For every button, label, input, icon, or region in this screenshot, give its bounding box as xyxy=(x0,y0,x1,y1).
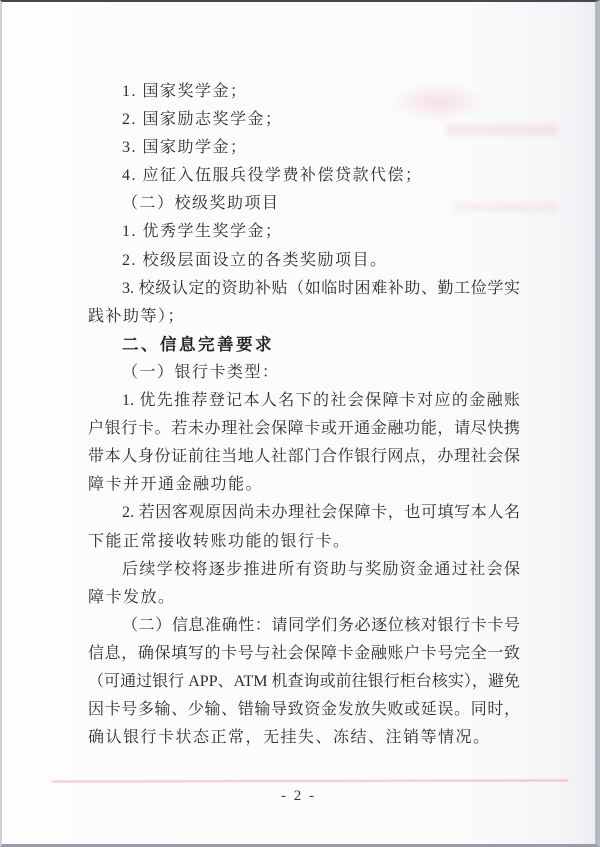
text-line: （可通过银行 APP、ATM 机查询或前往银行柜台核实），避免 xyxy=(88,668,520,696)
list-item-school-award-programs: 2. 校级层面设立的各类奖励项目。 xyxy=(88,247,520,275)
ink-bleed-through-line xyxy=(52,779,568,782)
list-item-national-grant: 3. 国家助学金； xyxy=(88,134,520,162)
page-number: - 2 - xyxy=(2,788,595,805)
text-line: 践补助等）； xyxy=(88,303,520,331)
subsection-info-accuracy: （二）信息准确性：请同学们务必逐位核对银行卡卡号 xyxy=(88,612,520,640)
text-line: 1. 优先推荐登记本人名下的社会保障卡对应的金融账 xyxy=(88,387,520,415)
list-item-encouragement-scholarship: 2. 国家励志奖学金； xyxy=(88,106,520,134)
text-line: 户银行卡。若未办理社会保障卡或开通金融功能，请尽快携 xyxy=(88,415,520,443)
text-line: 因卡号多输、少输、错输导致资金发放失败或延误。同时， xyxy=(88,696,520,724)
text-line: 障卡并开通金融功能。 xyxy=(88,471,520,499)
text-line: 障卡发放。 xyxy=(88,584,520,612)
subsection-bank-card-type: （一）银行卡类型： xyxy=(88,359,520,387)
list-item-military-service: 4. 应征入伍服兵役学费补偿贷款代偿； xyxy=(88,162,520,190)
list-item-outstanding-student: 1. 优秀学生奖学金； xyxy=(88,218,520,246)
text-line: 下能正常接收转账功能的银行卡。 xyxy=(88,528,520,556)
section-heading-info-requirements: 二、信息完善要求 xyxy=(88,331,520,359)
list-item-national-scholarship: 1. 国家奖学金； xyxy=(88,78,520,106)
text-line: 信息，确保填写的卡号与社会保障卡金融账户卡号完全一致 xyxy=(88,640,520,668)
text-line: 2. 若因客观原因尚未办理社会保障卡，也可填写本人名 xyxy=(88,499,520,527)
subsection-school-level-awards: （二）校级奖助项目 xyxy=(88,190,520,218)
document-body: 1. 国家奖学金； 2. 国家励志奖学金； 3. 国家助学金； 4. 应征入伍服… xyxy=(88,78,520,752)
scanned-page: 1. 国家奖学金； 2. 国家励志奖学金； 3. 国家助学金； 4. 应征入伍服… xyxy=(0,0,600,847)
text-line: 确认银行卡状态正常，无挂失、冻结、注销等情况。 xyxy=(88,724,520,752)
list-item-school-subsidies: 3. 校级认定的资助补贴（如临时困难补助、勤工俭学实 xyxy=(88,275,520,303)
text-line: 后续学校将逐步推进所有资助与奖励资金通过社会保 xyxy=(88,556,520,584)
text-line: 带本人身份证前往当地人社部门合作银行网点，办理社会保 xyxy=(88,443,520,471)
